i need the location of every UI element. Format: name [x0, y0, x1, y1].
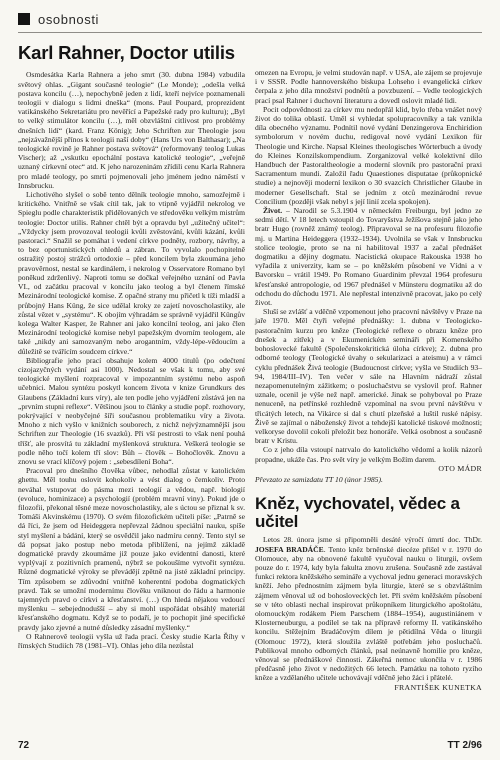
- article1-paragraph: Osmdesátka Karla Rahnera a jeho smrt (30…: [18, 70, 245, 190]
- page-footer: 72 TT 2/96: [18, 740, 482, 751]
- article2-person-name: JOSEFA BRADÁČE: [255, 545, 324, 554]
- article1-author-signature: OTO MÁDR: [255, 464, 482, 474]
- right-column: omezen na Evropu, je velmi studován např…: [255, 43, 482, 693]
- zivot-lead: Život.: [263, 206, 282, 215]
- article1-paragraph-zivot: Život. – Narodil se 5.3.1904 v německém …: [255, 206, 482, 307]
- zivot-text: – Narodil se 5.3.1904 v německém Freibur…: [255, 206, 482, 307]
- section-header: osobnosti: [18, 12, 482, 26]
- article1-paragraph: Pracoval pro dnešního člověka vůbec, neh…: [18, 466, 245, 632]
- article1-source-note: Převzato ze samizdatu TT 10 (únor 1985).: [255, 475, 482, 485]
- article1-paragraph: Sluší se zvlášť a vděčně vzpomenout jeho…: [255, 307, 482, 445]
- article2-title: Kněz, vychovatel, vědec a učitel: [255, 495, 482, 531]
- article2-text-after: . Tento kněz brněnské diecéze přišel v r…: [255, 545, 482, 683]
- article1-title: Karl Rahner, Doctor utilis: [18, 43, 245, 62]
- left-column: Karl Rahner, Doctor utilis Osmdesátka Ka…: [18, 43, 245, 693]
- article2-paragraph: Letos 28. února jsme si připomněli desát…: [255, 535, 482, 682]
- scanned-journal-page: osobnosti Karl Rahner, Doctor utilis Osm…: [0, 0, 500, 760]
- article2-text-before: Letos 28. února jsme si připomněli desát…: [263, 535, 482, 544]
- article1-paragraph: O Rahnerově teologii vyšla už řada prací…: [18, 632, 245, 650]
- article2-author-signature: FRANTIŠEK KUNETKA: [255, 683, 482, 693]
- article1-paragraph-continued: omezen na Evropu, je velmi studován např…: [255, 68, 482, 105]
- section-title: osobnosti: [38, 12, 99, 27]
- section-marker-icon: [18, 13, 30, 25]
- article1-paragraph: Lichotivého slyšel o sobě tento dělník t…: [18, 190, 245, 356]
- two-column-layout: Karl Rahner, Doctor utilis Osmdesátka Ka…: [18, 43, 482, 693]
- article1-paragraph: Bibliografie jeho prací obsahuje kolem 4…: [18, 356, 245, 466]
- header-rule: [18, 32, 482, 33]
- issue-label: TT 2/96: [448, 740, 482, 751]
- article1-paragraph: Pocit odpovědnosti za církev mu nedopřál…: [255, 105, 482, 206]
- page-number: 72: [18, 740, 29, 751]
- article1-paragraph: Co z jeho díla vstoupí natrvalo do katol…: [255, 445, 482, 463]
